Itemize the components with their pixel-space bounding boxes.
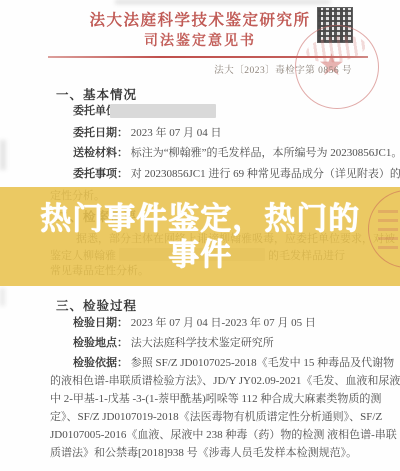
field-value: 2023 年 07 月 04 日 [131,127,222,139]
banner-text-line2: 事件 [168,237,232,273]
field-value: 标注为“柳翰雅”的毛发样品，本所编号为 20230856JC1。 [131,147,400,159]
field-inspection-place: 检验地点： 法大法庭科学技术鉴定研究所 [73,336,274,350]
scan-smudge [0,288,5,306]
redaction-box [110,104,216,118]
scanned-forensic-report: 法大法庭科学技术鉴定研究所 司法鉴定意见书 ★ 法大〔2023〕毒检字第 085… [0,0,400,471]
basis-text-line: 定》、SF/Z JD0107019-2018《法医毒物有机质谱定性分析通则》、S… [50,410,382,424]
caption-banner-overlay: 热门事件鉴定，热门的 事件 [0,187,400,286]
field-commission-date: 委托日期： 2023 年 07 月 04 日 [73,126,222,140]
secondary-seal-text [378,205,398,249]
field-value: 法大法庭科学技术鉴定研究所 [131,337,274,349]
field-value: 对 20230856JC1 进行 69 种常见毒品成分（详见附表）的 [131,168,400,180]
basis-text-line: 中 2-甲基-1-戊基 -3-(1-萘甲酰基)吲哚等 112 种合成大麻素类物质… [50,392,381,406]
field-value: 参照 SF/Z JD0107025-2018《毛发中 15 种毒品及代谢物 [131,357,394,369]
header-divider [48,56,368,58]
document-number: 法大〔2023〕毒检字第 0856 号 [0,62,352,76]
field-submitted-material: 送检材料： 标注为“柳翰雅”的毛发样品，本所编号为 20230856JC1。 [73,146,400,160]
field-label: 检验日期： [73,317,128,329]
field-commission-matter: 委托事项： 对 20230856JC1 进行 69 种常见毒品成分（详见附表）的 [73,167,400,181]
basis-text-line: 的液相色谱-串联质谱检验方法》、JD/Y JY02.09-2021《毛发、血液和… [50,374,400,388]
banner-text-line1: 热门事件鉴定，热门的 [40,201,360,237]
basis-text-line: JD0107005-2016《血液、尿液中 238 种毒（药）物的检测 液相色谱… [50,428,397,442]
section-heading-basic: 一、基本情况 [56,85,137,103]
scan-smudge [115,0,330,4]
field-label: 委托事项： [73,168,128,180]
field-value: 2023 年 07 月 04 日-2023 年 07 月 05 日 [131,317,316,329]
basis-text-line: 质谱法》和公禁毒[2018]938 号《涉毒人员毛发样本检测规范》。 [50,446,357,460]
field-inspection-date: 检验日期： 2023 年 07 月 04 日-2023 年 07 月 05 日 [73,316,316,330]
field-label: 送检材料： [73,147,128,159]
field-label: 检验依据： [73,357,128,369]
field-label: 检验地点： [73,337,128,349]
scan-smudge [0,140,6,170]
section-heading-process: 三、检验过程 [56,296,137,314]
field-label: 委托日期： [73,127,128,139]
field-inspection-basis: 检验依据： 参照 SF/Z JD0107025-2018《毛发中 15 种毒品及… [73,356,394,370]
